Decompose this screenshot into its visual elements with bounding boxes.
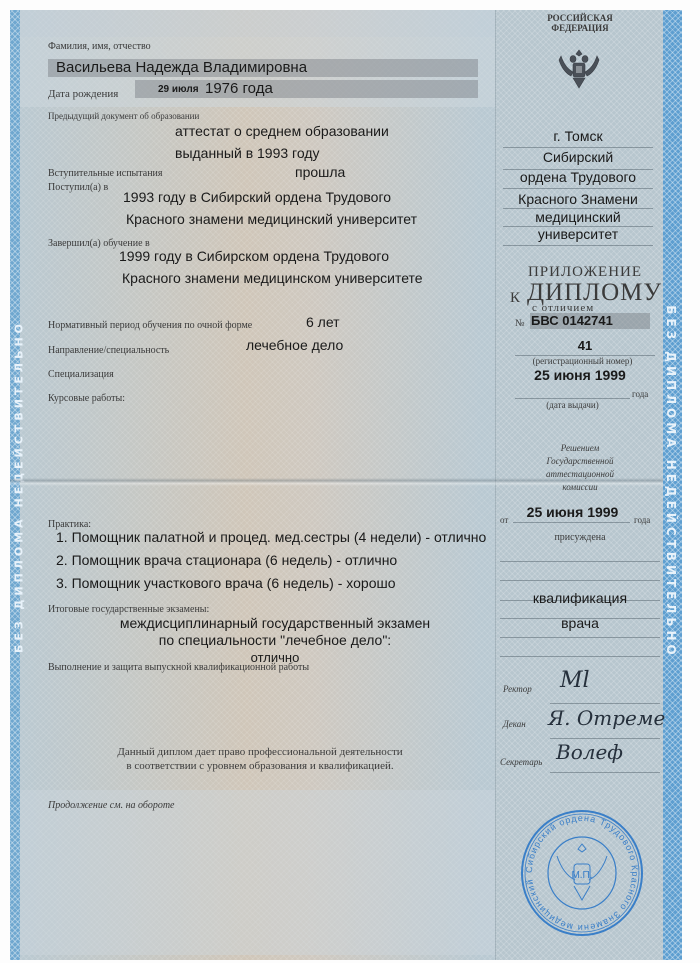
- commission-date: 25 июня 1999: [515, 504, 630, 520]
- continuation-note: Продолжение см. на обороте: [48, 800, 174, 811]
- secretary-signature: Волеф: [556, 740, 623, 764]
- institution-line: ордена Трудового: [503, 169, 653, 185]
- from-word: от: [500, 515, 508, 525]
- dean-signature: Я. Отреме: [548, 706, 665, 730]
- stamp-center-text: М.П.: [571, 870, 592, 881]
- commission-line: комиссии: [510, 482, 650, 492]
- birth-year: 1976 года: [205, 80, 273, 97]
- exam-line1: междисциплинарный государственный экзаме…: [100, 615, 450, 631]
- awarded-label: присуждена: [510, 532, 650, 543]
- diploma-number: БВС 0142741: [531, 313, 613, 328]
- commission-line: Решением: [510, 443, 650, 453]
- practice-item: 1. Помощник палатной и процед. мед.сестр…: [56, 529, 486, 545]
- entrance-label: Вступительные испытания: [48, 168, 163, 179]
- prev-doc-label: Предыдущий документ об образовании: [48, 111, 199, 121]
- country-line1: РОССИЙСКАЯ: [510, 13, 650, 23]
- specialty-value: лечебное дело: [246, 337, 343, 353]
- entrance-value: прошла: [295, 164, 345, 180]
- birth-label: Дата рождения: [48, 88, 118, 100]
- university-stamp: Сибирский ордена Трудового Красного Знам…: [517, 808, 647, 938]
- reg-number: 41: [540, 338, 630, 353]
- issue-date: 25 июня 1999: [510, 367, 650, 383]
- institution-city: г. Томск: [503, 128, 653, 144]
- enrolled-line2: Красного знамени медицинский университет: [126, 211, 417, 227]
- prev-doc-line1: аттестат о среднем образовании: [175, 123, 389, 139]
- enrolled-label: Поступил(а) в: [48, 182, 108, 193]
- rector-label: Ректор: [503, 684, 532, 694]
- practice-item: 3. Помощник участкового врача (6 недель)…: [56, 575, 396, 591]
- reg-number-label: (регистрационный номер): [505, 356, 660, 366]
- dean-label: Декан: [503, 719, 526, 729]
- coursework-label: Курсовые работы:: [48, 393, 125, 404]
- name-label: Фамилия, имя, отчество: [48, 41, 151, 52]
- russian-coat-of-arms-icon: [553, 42, 605, 94]
- specialization-label: Специализация: [48, 369, 114, 380]
- name-value: Васильева Надежда Владимировна: [56, 59, 307, 76]
- institution-line: Сибирский: [503, 149, 653, 165]
- exam-line2: по специальности "лечебное дело":: [100, 632, 450, 648]
- rights-note-line2: в соответствии с уровнем образования и к…: [60, 760, 460, 772]
- appendix-k: К: [510, 290, 520, 307]
- commission-year-word: года: [634, 515, 650, 525]
- security-strip-text: БЕЗ ДИПЛОМА НЕДЕЙСТВИТЕЛЬНО: [13, 312, 26, 662]
- qualification-line1: квалификация: [500, 590, 660, 606]
- rights-note-line1: Данный диплом дает право профессионально…: [60, 746, 460, 758]
- thesis-label: Выполнение и защита выпускной квалификац…: [48, 662, 309, 673]
- institution-line: медицинский: [503, 209, 653, 225]
- top-band: [20, 10, 495, 37]
- exams-label: Итоговые государственные экзамены:: [48, 604, 209, 615]
- specialty-label: Направление/специальность: [48, 345, 169, 356]
- completed-line1: 1999 году в Сибирском ордена Трудового: [119, 248, 389, 264]
- secretary-label: Секретарь: [500, 757, 542, 767]
- issue-date-label: (дата выдачи): [515, 400, 630, 410]
- qualification-line2: врача: [500, 615, 660, 631]
- birth-day-month: 29 июля: [158, 84, 199, 95]
- period-label: Нормативный период обучения по очной фор…: [48, 320, 252, 331]
- number-prefix: №: [515, 318, 525, 329]
- prev-doc-line2: выданный в 1993 году: [175, 145, 320, 161]
- commission-line: аттестационной: [510, 469, 650, 479]
- institution-line: университет: [503, 226, 653, 242]
- issue-year-word: года: [632, 389, 648, 399]
- country-line2: ФЕДЕРАЦИЯ: [510, 23, 650, 33]
- institution-line: Красного Знамени: [503, 191, 653, 207]
- security-strip-text: БЕЗ ДИПЛОМА НЕДЕЙСТВИТЕЛЬНО: [664, 297, 678, 667]
- bottom-band: [20, 790, 495, 955]
- rector-signature: Ml: [560, 668, 590, 693]
- enrolled-line1: 1993 году в Сибирский ордена Трудового: [123, 189, 391, 205]
- completed-line2: Красного знамени медицинском университет…: [122, 270, 423, 286]
- period-value: 6 лет: [306, 314, 340, 330]
- commission-line: Государственной: [510, 456, 650, 466]
- practice-item: 2. Помощник врача стационара (6 недель) …: [56, 552, 397, 568]
